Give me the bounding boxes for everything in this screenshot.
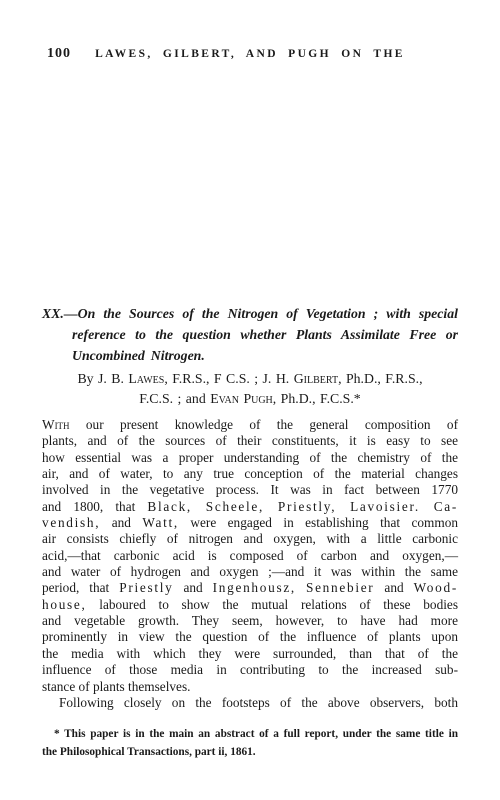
body-text-line: and water of hydrogen and oxygen ;—and i…: [42, 564, 458, 580]
byline-line: F.C.S. ; and Evan Pugh, Ph.D., F.C.S.*: [42, 389, 458, 409]
scanned-paper-page: 100 LAWES, GILBERT, AND PUGH ON THE XX.—…: [0, 0, 500, 800]
page-number: 100: [47, 46, 71, 62]
article-title-line: Uncombined Nitrogen.: [42, 346, 458, 367]
footnote-line: the Philosophical Transactions, part ii,…: [42, 744, 458, 762]
body-text-line: air, and of water, to any true conceptio…: [42, 466, 458, 482]
byline-line: By J. B. Lawes, F.R.S., F C.S. ; J. H. G…: [42, 369, 458, 389]
author-byline: By J. B. Lawes, F.R.S., F C.S. ; J. H. G…: [42, 369, 458, 409]
body-text-line: acid,—that carbonic acid is composed of …: [42, 548, 458, 564]
article-title-line: reference to the question whether Plants…: [42, 325, 458, 346]
body-text-line: how essential was a proper understanding…: [42, 450, 458, 466]
body-text-line: and 1800, that Black, Scheele, Priestly,…: [42, 499, 458, 515]
body-text: With our present knowledge of the genera…: [42, 417, 458, 711]
article-title: XX.—On the Sources of the Nitrogen of Ve…: [42, 304, 458, 366]
footnote: * This paper is in the main an abstract …: [42, 726, 458, 761]
body-text-line: With our present knowledge of the genera…: [42, 417, 458, 433]
body-text-line: vendish, and Watt, were engaged in estab…: [42, 515, 458, 531]
footnote-line: * This paper is in the main an abstract …: [42, 726, 458, 744]
body-text-line: influence of those media in contributing…: [42, 662, 458, 678]
running-title: LAWES, GILBERT, AND PUGH ON THE: [42, 45, 458, 60]
article-title-line: XX.—On the Sources of the Nitrogen of Ve…: [42, 304, 458, 325]
body-text-line: plants, and of the sources of their cons…: [42, 433, 458, 449]
body-text-line: period, that Priestly and Ingenhousz, Se…: [42, 580, 458, 596]
body-text-line: and vegetable growth. They seem, however…: [42, 613, 458, 629]
page-header: 100 LAWES, GILBERT, AND PUGH ON THE: [42, 45, 458, 65]
body-text-line: stance of plants themselves.: [42, 679, 458, 695]
body-text-line: air consists chiefly of nitrogen and oxy…: [42, 531, 458, 547]
body-text-line: Following closely on the footsteps of th…: [42, 695, 458, 711]
body-text-line: prominently in view the question of the …: [42, 629, 458, 645]
body-text-line: the media with which they were surrounde…: [42, 646, 458, 662]
body-text-line: involved in the vegetative process. It w…: [42, 482, 458, 498]
body-text-line: house, laboured to show the mutual relat…: [42, 597, 458, 613]
